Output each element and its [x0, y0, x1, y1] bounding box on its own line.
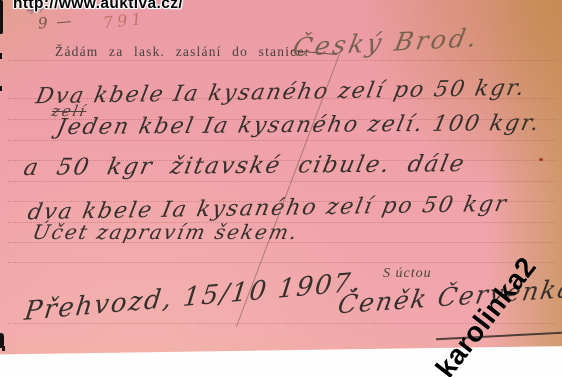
printed-request-line: Žádám za lask. zaslání do stanice: — [55, 44, 309, 60]
ruled-line — [8, 262, 556, 263]
ruled-line — [8, 140, 556, 141]
pencil-number: 9 — — [37, 11, 74, 32]
scan-edge-mark — [0, 86, 2, 91]
ruled-line — [8, 181, 556, 182]
scan-edge-mark — [0, 0, 3, 34]
handwritten-order-line-2: Jeden kbel Ia kysaného zelí. 100 kgr. — [54, 111, 542, 140]
scan-edge-mark — [0, 53, 2, 59]
auction-site-url-watermark: http://www.auktiva.cz/ — [13, 0, 183, 13]
handwritten-order-line-5: Účet zapravím šekem. — [30, 220, 301, 244]
ruled-line — [8, 60, 556, 61]
printed-closing-salutation: S úctou — [383, 266, 432, 282]
handwritten-place-and-date: Přehvozd, 15/10 1907. — [23, 267, 364, 327]
scanned-postcard-image: Žádám za lask. zaslání do stanice: S úct… — [0, 0, 562, 377]
handwritten-order-line-3: a 50 kgr žitavské cibule. dále — [21, 151, 468, 181]
handwritten-order-line-1: Dva kbele Ia kysaného zelí po 50 kgr. — [34, 76, 529, 110]
scan-edge-mark — [2, 346, 5, 351]
handwritten-station: Český Brod. — [290, 23, 482, 62]
red-ink-speck — [539, 158, 543, 161]
